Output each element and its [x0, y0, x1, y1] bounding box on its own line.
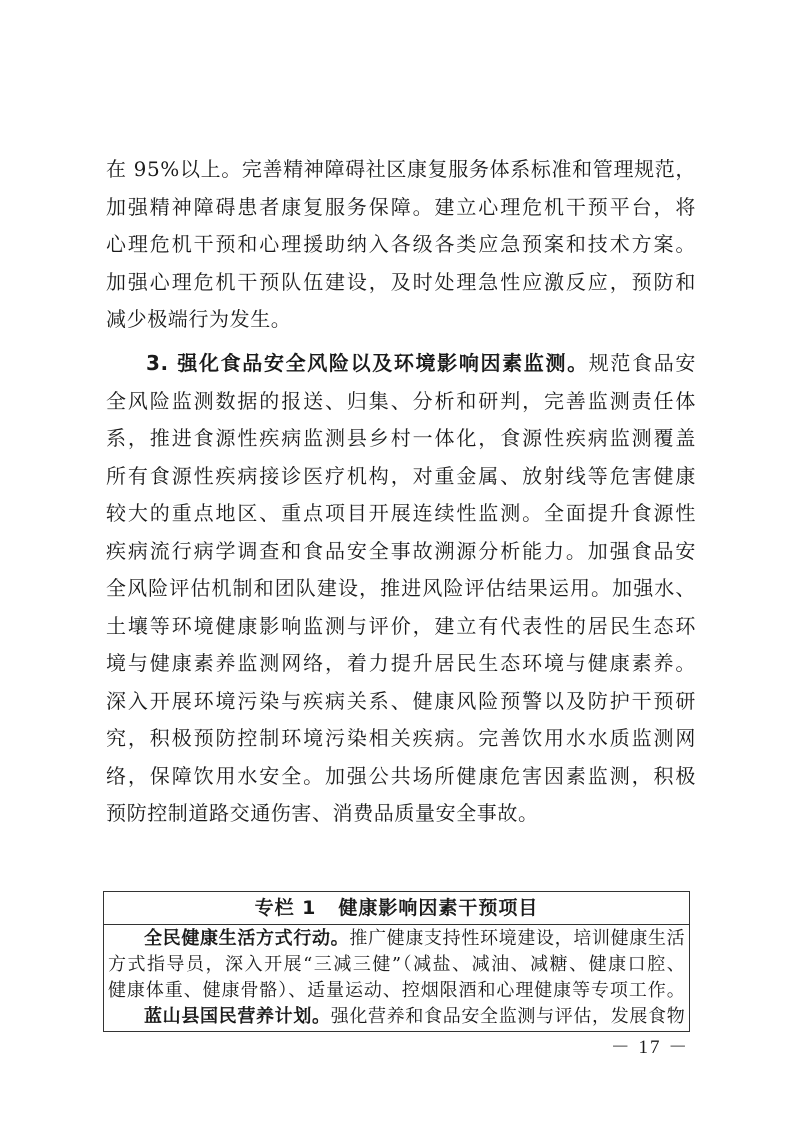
paragraph-line: 深入开展环境污染与疾病关系、健康风险预警以及防护干预研 [106, 683, 696, 720]
section-heading-tail: 规范食品安 [589, 351, 696, 375]
paragraph-line: 心理危机干预和心理援助纳入各级各类应急预案和技术方案。 [106, 226, 696, 263]
paragraph-line: 疾病流行病学调查和食品安全事故溯源分析能力。加强食品安 [106, 533, 696, 570]
box-label: 专栏 1 [255, 897, 317, 919]
box-item-line: 蓝山县国民营养计划。强化营养和食品安全监测与评估，发展食物 [144, 1004, 685, 1030]
paragraph-line: 所有食源性疾病接诊医疗机构，对重金属、放射线等危害健康 [106, 458, 696, 495]
paragraph-line: 加强精神障碍患者康复服务保障。建立心理危机干预平台，将 [106, 189, 696, 226]
box-item-heading: 全民健康生活方式行动。 [144, 928, 349, 949]
sidebar-box: 专栏 1健康影响因素干预项目 全民健康生活方式行动。推广健康支持性环境建设，培训… [103, 891, 690, 1032]
paragraph-line: 土壤等环境健康影响监测与评价，建立有代表性的居民生态环 [106, 608, 696, 645]
box-item-text: 推广健康支持性环境建设，培训健康生活 [349, 928, 685, 949]
box-item-line: 健康体重、健康骨骼）、适量运动、控烟限酒和心理健康等专项工作。 [108, 978, 685, 1004]
box-header: 专栏 1健康影响因素干预项目 [104, 892, 689, 925]
box-item-line: 方式指导员，深入开展“三减三健”（减盐、减油、减糖、健康口腔、 [108, 952, 685, 978]
section-heading: 3. 强化食品安全风险以及环境影响因素监测。 [146, 351, 589, 375]
box-title: 健康影响因素干预项目 [338, 897, 538, 919]
paragraph-line: 究，积极预防控制环境污染相关疾病。完善饮用水水质监测网 [106, 720, 696, 757]
document-page: 在 95%以上。完善精神障碍社区康复服务体系标准和管理规范， 加强精神障碍患者康… [0, 0, 793, 1122]
box-item-heading: 蓝山县国民营养计划。 [144, 1006, 331, 1027]
paragraph-line: 全风险监测数据的报送、归集、分析和研判，完善监测责任体 [106, 383, 696, 420]
box-item-line: 全民健康生活方式行动。推广健康支持性环境建设，培训健康生活 [144, 926, 685, 952]
section-heading-line: 3. 强化食品安全风险以及环境影响因素监测。规范食品安 [146, 345, 696, 382]
page-number: － 17 － [600, 1033, 700, 1063]
paragraph-line: 减少极端行为发生。 [106, 301, 696, 338]
paragraph-line: 预防控制道路交通伤害、消费品质量安全事故。 [106, 795, 696, 832]
box-item-text: 强化营养和食品安全监测与评估，发展食物 [331, 1006, 685, 1027]
paragraph-line: 络，保障饮用水安全。加强公共场所健康危害因素监测，积极 [106, 758, 696, 795]
paragraph-line: 在 95%以上。完善精神障碍社区康复服务体系标准和管理规范， [106, 151, 696, 188]
paragraph-line: 加强心理危机干预队伍建设，及时处理急性应激反应，预防和 [106, 264, 696, 301]
paragraph-line: 较大的重点地区、重点项目开展连续性监测。全面提升食源性 [106, 495, 696, 532]
paragraph-line: 系，推进食源性疾病监测县乡村一体化，食源性疾病监测覆盖 [106, 420, 696, 457]
paragraph-line: 境与健康素养监测网络，着力提升居民生态环境与健康素养。 [106, 645, 696, 682]
paragraph-line: 全风险评估机制和团队建设，推进风险评估结果运用。加强水、 [106, 570, 696, 607]
